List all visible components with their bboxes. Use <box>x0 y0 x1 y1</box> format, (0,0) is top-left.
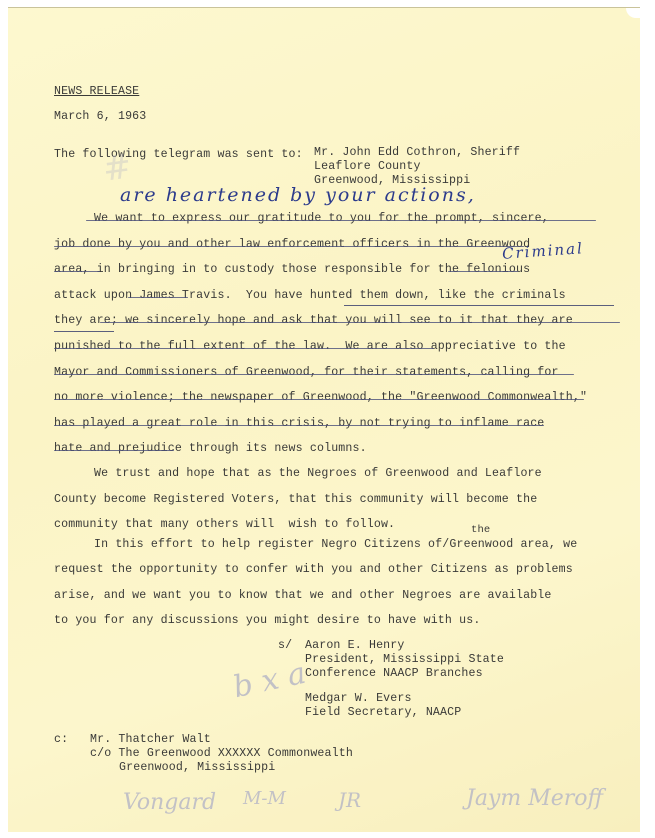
pencil-note-4: Jaym Meroff <box>466 786 603 811</box>
paragraph-line: request the opportunity to confer with y… <box>54 563 573 577</box>
cc-line-3: Greenwood, Mississippi <box>119 761 275 775</box>
pencil-note-3: JR <box>338 788 361 812</box>
cc-line-1: Mr. Thatcher Walt <box>90 733 211 747</box>
ink-underline <box>54 331 114 332</box>
paragraph-line: to you for any discussions you might des… <box>54 614 480 628</box>
release-date: March 6, 1963 <box>54 110 146 124</box>
signer-1-name: Aaron E. Henry <box>305 639 405 653</box>
signature-prefix: s/ <box>278 639 292 653</box>
paragraph-line: punished to the full extent of the law. … <box>54 340 566 354</box>
document-page: NEWS RELEASE March 6, 1963 The following… <box>8 7 640 832</box>
handwritten-insert: are heartened by your actions, <box>120 184 476 206</box>
pencil-note-1: Vongard <box>123 790 216 815</box>
paragraph-line: job done by you and other law enforcemen… <box>54 238 530 252</box>
cc-label: c: <box>54 733 68 747</box>
signer-2-name: Medgar W. Evers <box>305 692 412 706</box>
pencil-note-2: M-M <box>243 788 286 809</box>
intro-line: The following telegram was sent to: <box>54 148 303 162</box>
paragraph-line: attack upon James Travis. You have hunte… <box>54 289 566 303</box>
ink-underline <box>344 305 614 306</box>
signer-1-title-a: President, Mississippi State <box>305 653 504 667</box>
paragraph-line: We trust and hope that as the Negroes of… <box>94 467 542 481</box>
paragraph-line: In this effort to help register Negro Ci… <box>94 538 577 552</box>
inserted-the: the <box>471 523 490 537</box>
recipient-line-1: Mr. John Edd Cothron, Sheriff <box>314 146 520 160</box>
signer-2-title: Field Secretary, NAACP <box>305 706 461 720</box>
news-release-header: NEWS RELEASE <box>54 85 139 99</box>
cc-line-2: c/o The Greenwood XXXXXX Commonwealth <box>90 747 353 761</box>
paragraph-line: Mayor and Commissioners of Greenwood, fo… <box>54 366 559 380</box>
paragraph-line: has played a great role in this crisis, … <box>54 417 544 431</box>
paragraph-line: We want to express our gratitude to you … <box>94 212 549 226</box>
paragraph-line: County become Registered Voters, that th… <box>54 493 537 507</box>
paragraph-line: arise, and we want you to know that we a… <box>54 589 552 603</box>
pencil-note-margin: b x a <box>230 656 309 705</box>
signer-1-title-b: Conference NAACP Branches <box>305 667 483 681</box>
recipient-line-2: Leaflore County <box>314 160 421 174</box>
paragraph-line: community that many others will wish to … <box>54 518 395 532</box>
